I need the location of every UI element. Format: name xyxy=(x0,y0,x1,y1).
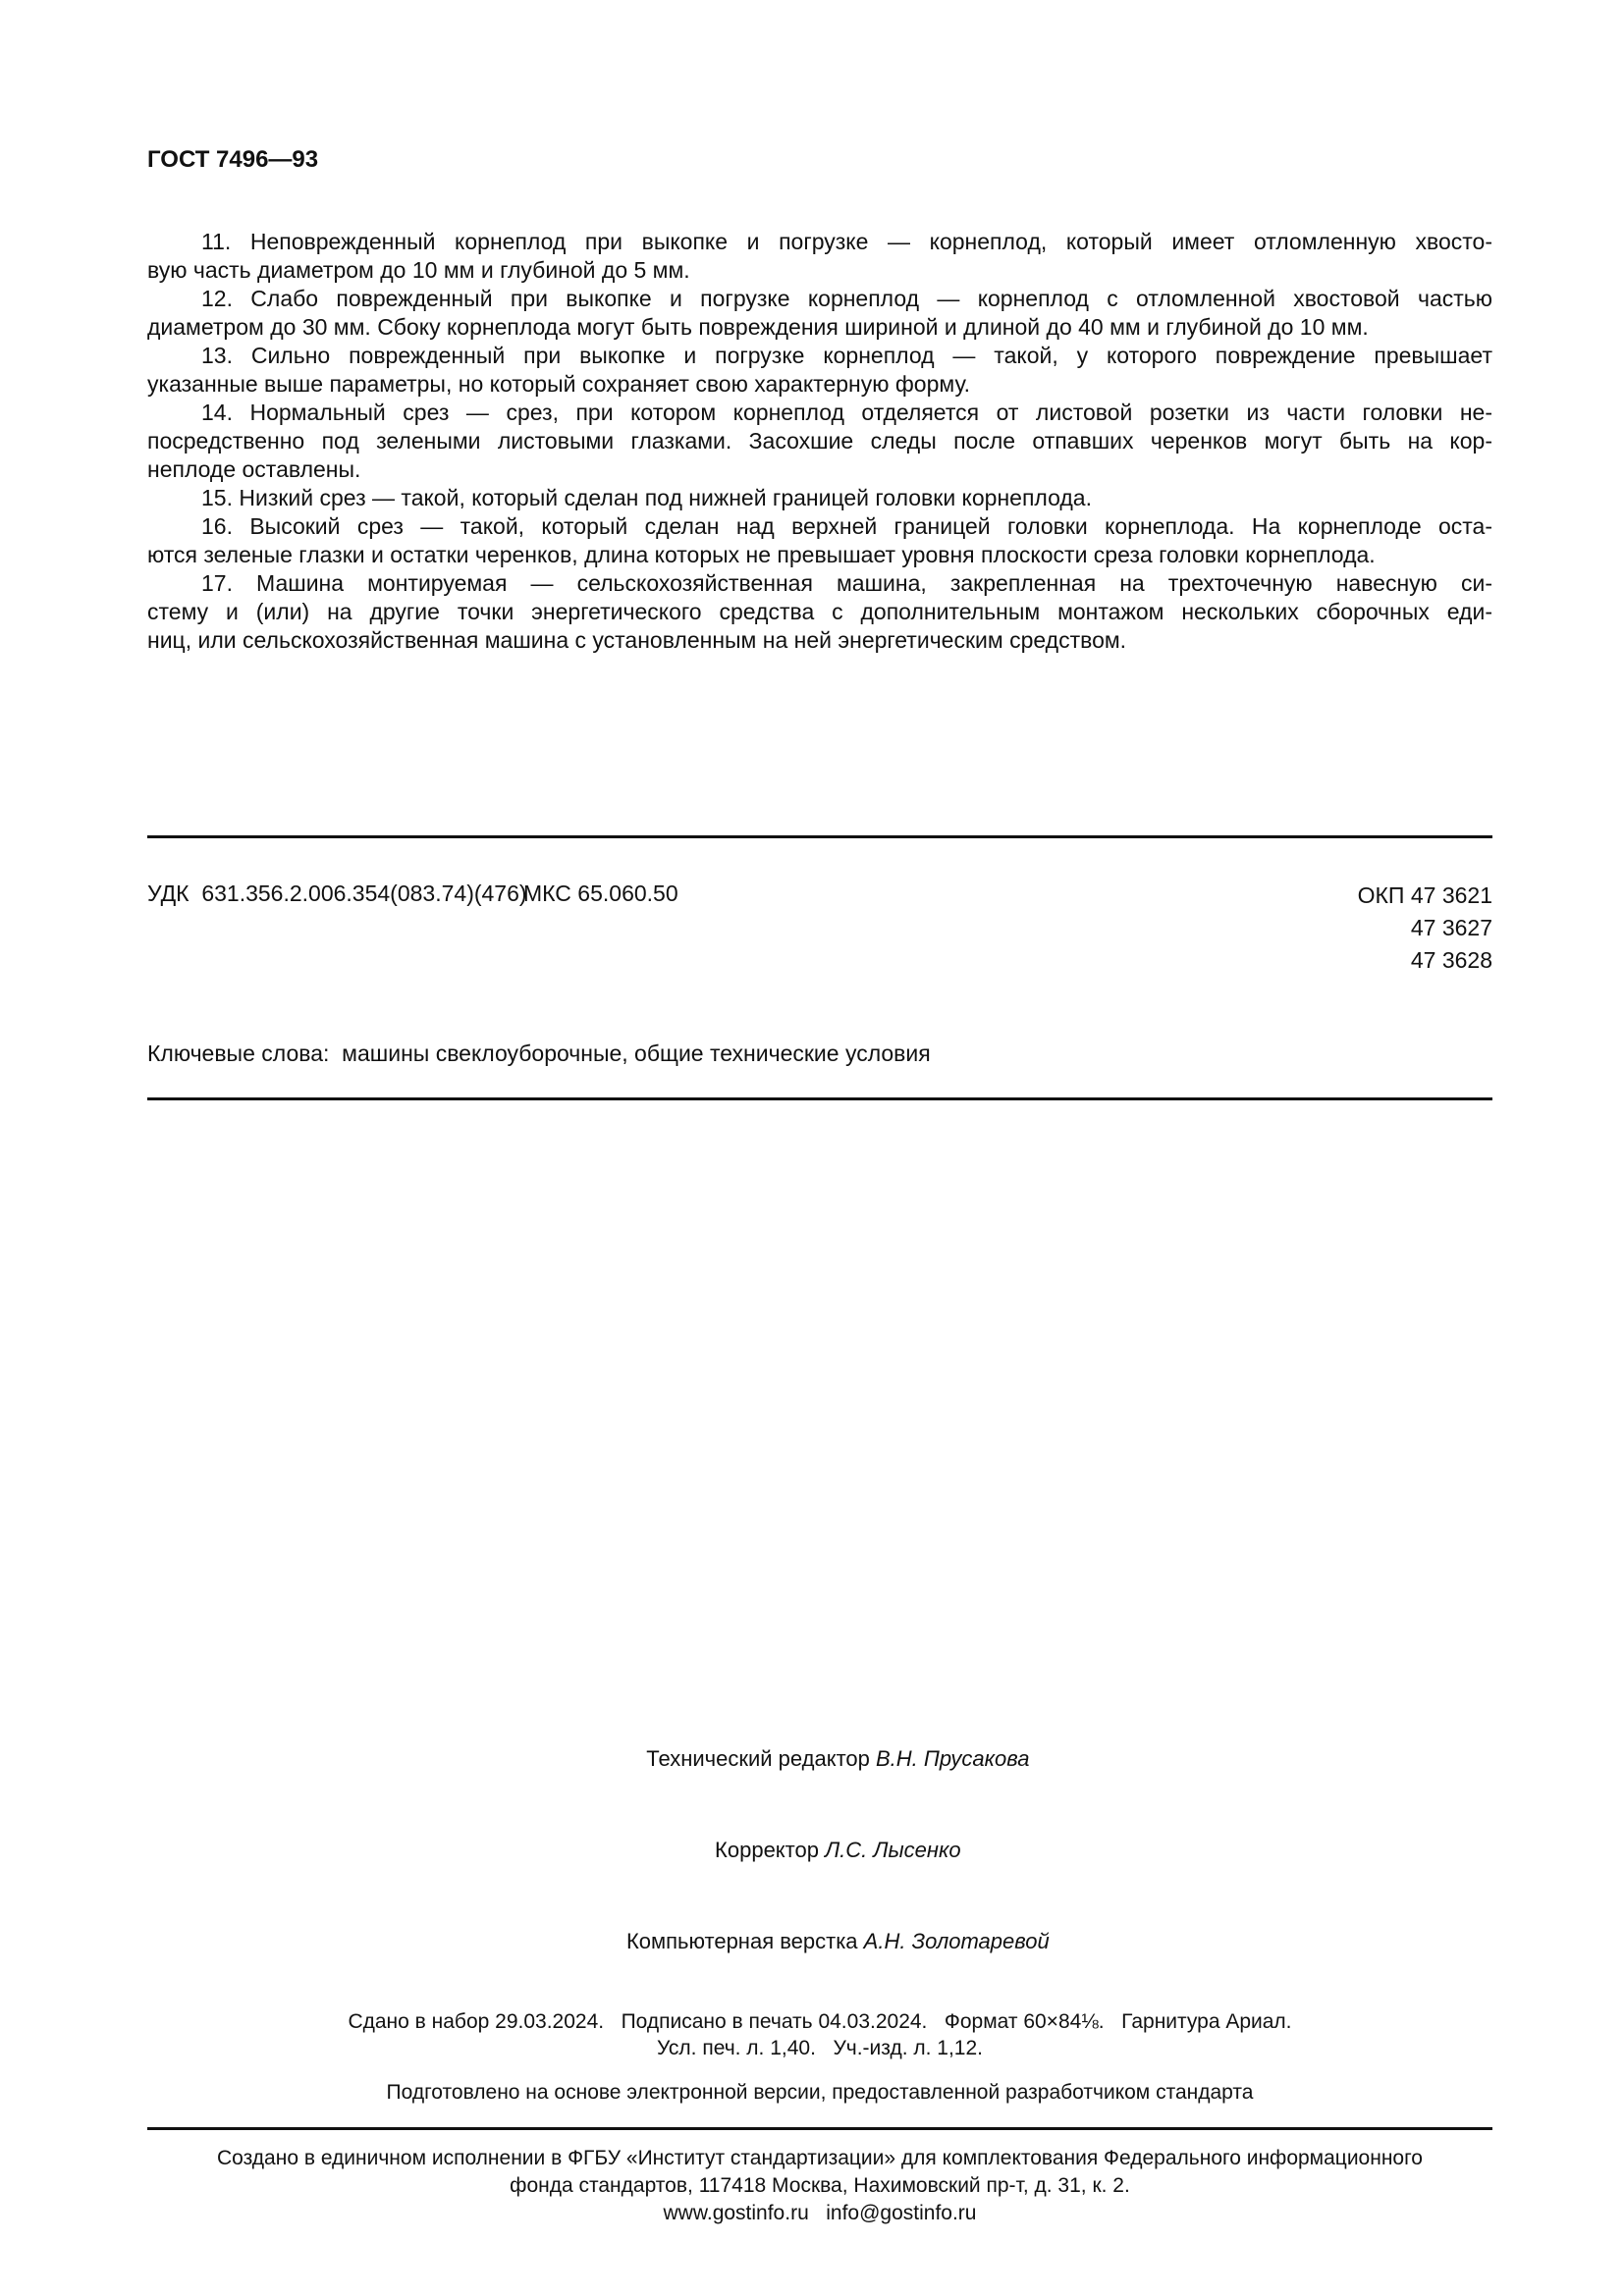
credit-name: А.Н. Золотаревой xyxy=(864,1929,1050,1953)
mks-code: МКС 65.060.50 xyxy=(523,880,678,908)
udk-code: УДК 631.356.2.006.354(083.74)(476) xyxy=(147,880,527,908)
publisher-line-2: фонда стандартов, 117418 Москва, Нахимов… xyxy=(147,2172,1492,2200)
credit-name: В.Н. Прусакова xyxy=(876,1746,1029,1771)
classification-codes-row: УДК 631.356.2.006.354(083.74)(476) МКС 6… xyxy=(147,880,1492,977)
credit-role: Технический редактор xyxy=(646,1746,876,1771)
term-line: ниц, или сельскохозяйственная машина с у… xyxy=(147,626,1492,655)
prepared-note: Подготовлено на основе электронной верси… xyxy=(147,2079,1492,2106)
term-line: 17. Машина монтируемая — сельскохозяйств… xyxy=(147,569,1492,598)
okp-codes: ОКП 47 3621 47 3627 47 3628 xyxy=(1358,880,1492,977)
terms: 11. Неповрежденный корнеплод при выкопке… xyxy=(147,228,1492,655)
term-line: указанные выше параметры, но который сох… xyxy=(147,370,1492,399)
publisher-block: Создано в единичном исполнении в ФГБУ «И… xyxy=(147,2145,1492,2227)
term-line: 15. Низкий срез — такой, который сделан … xyxy=(147,484,1492,512)
term-paragraph: 16. Высокий срез — такой, который сделан… xyxy=(147,512,1492,569)
credit-role: Компьютерная верстка xyxy=(626,1929,864,1953)
term-paragraph: 17. Машина монтируемая — сельскохозяйств… xyxy=(147,569,1492,655)
term-paragraph: 15. Низкий срез — такой, который сделан … xyxy=(147,484,1492,512)
publisher-line-1: Создано в единичном исполнении в ФГБУ «И… xyxy=(147,2145,1492,2172)
credit-line: Технический редактор В.Н. Прусакова xyxy=(147,1713,1492,1804)
term-line: диаметром до 30 мм. Сбоку корнеплода мог… xyxy=(147,313,1492,342)
publisher-contacts: www.gostinfo.ru info@gostinfo.ru xyxy=(147,2200,1492,2227)
term-line: 12. Слабо поврежденный при выкопке и пог… xyxy=(147,285,1492,313)
term-line: неплоде оставлены. xyxy=(147,455,1492,484)
credit-name: Л.С. Лысенко xyxy=(825,1838,961,1862)
term-paragraph: 13. Сильно поврежденный при выкопке и по… xyxy=(147,342,1492,399)
term-paragraph: 11. Неповрежденный корнеплод при выкопке… xyxy=(147,228,1492,285)
divider-rule-bottom xyxy=(147,2127,1492,2130)
term-line: 14. Нормальный срез — срез, при котором … xyxy=(147,399,1492,427)
imprint-line-2: Усл. печ. л. 1,40. Уч.-изд. л. 1,12. xyxy=(147,2035,1492,2061)
divider-rule-keywords xyxy=(147,1097,1492,1100)
credit-line: Компьютерная верстка А.Н. Золотаревой xyxy=(147,1896,1492,1987)
credits-block: Технический редактор В.Н. Прусакова Корр… xyxy=(147,1713,1492,1987)
okp-code-line: 47 3627 xyxy=(1358,912,1492,944)
credit-line: Корректор Л.С. Лысенко xyxy=(147,1804,1492,1896)
imprint-block: Сдано в набор 29.03.2024. Подписано в пе… xyxy=(147,2008,1492,2061)
okp-code-line: 47 3628 xyxy=(1358,944,1492,977)
term-paragraph: 12. Слабо поврежденный при выкопке и пог… xyxy=(147,285,1492,342)
term-line: ются зеленые глазки и остатки черенков, … xyxy=(147,541,1492,569)
divider-rule-top xyxy=(147,835,1492,838)
term-line: 13. Сильно поврежденный при выкопке и по… xyxy=(147,342,1492,370)
term-line: 11. Неповрежденный корнеплод при выкопке… xyxy=(147,228,1492,256)
keywords-line: Ключевые слова: машины свеклоуборочные, … xyxy=(147,1040,1492,1068)
document-page: ГОСТ 7496—93 11. Неповрежденный корнепло… xyxy=(0,0,1624,2296)
term-line: 16. Высокий срез — такой, который сделан… xyxy=(147,512,1492,541)
term-line: стему и (или) на другие точки энергетиче… xyxy=(147,598,1492,626)
term-line: посредственно под зелеными листовыми гла… xyxy=(147,427,1492,455)
term-paragraph: 14. Нормальный срез — срез, при котором … xyxy=(147,399,1492,484)
term-line: вую часть диаметром до 10 мм и глубиной … xyxy=(147,256,1492,285)
okp-code-line: ОКП 47 3621 xyxy=(1358,880,1492,912)
imprint-line-1: Сдано в набор 29.03.2024. Подписано в пе… xyxy=(147,2008,1492,2035)
credit-role: Корректор xyxy=(715,1838,825,1862)
doc-code-header: ГОСТ 7496—93 xyxy=(147,147,1492,173)
